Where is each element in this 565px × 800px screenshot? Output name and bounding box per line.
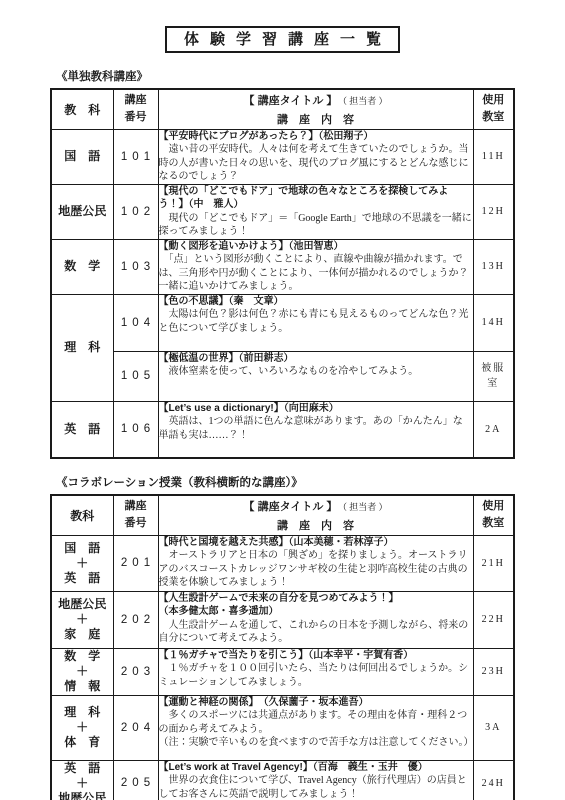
course-number-cell: 104 [113, 294, 158, 351]
course-content-cell: 【運動と神経の関係】 （久保薗子・坂本進吾） 多くのスポーツには共通点があります… [158, 695, 473, 760]
course-content-cell: 【現代の「どこでもドア」で地球の色々なところを探検してみよう！】（中 雅人） 現… [158, 184, 473, 239]
subject-cell: 国 語 ＋ 英 語 [51, 535, 113, 591]
course-description: 人生設計ゲームを通して、これからの日本を予測しながら、将来の自分について考えてみ… [159, 619, 473, 646]
header-presenter-label: （ 担当者 ） [342, 96, 387, 106]
header-course-number: 講座 番号 [113, 495, 158, 535]
course-number-cell: 201 [113, 535, 158, 591]
course-description: 現代の「どこでもドア」＝「Google Earth」で地球の不思議を一緒に探って… [159, 212, 473, 239]
header-course-title: 【 講座タイトル 】（ 担当者 ） 講 座 内 容 [158, 89, 473, 129]
table-row: 地歴公民 ＋ 家 庭 202 【人生設計ゲームで未来の自分を見つめてみよう！】 … [51, 591, 514, 648]
course-title: 【時代と国境を越えた共感】（山本美穂・若林淳子） [159, 536, 473, 550]
header-room: 使用 教室 [473, 89, 514, 129]
table-row: 理 科 104 【色の不思議】（秦 文章） 太陽は何色？影は何色？赤にも青にも見… [51, 294, 514, 351]
course-number-cell: 103 [113, 239, 158, 294]
course-title: 【現代の「どこでもドア」で地球の色々なところを探検してみよう！】（中 雅人） [159, 185, 473, 212]
table-header-row: 教科 講座 番号 【 講座タイトル 】（ 担当者 ） 講 座 内 容 使用 教室 [51, 495, 514, 535]
header-title-label: 【 講座タイトル 】 [244, 95, 338, 107]
header-room: 使用 教室 [473, 495, 514, 535]
subject-cell: 英 語 [51, 401, 113, 458]
course-title: 【１％ガチャで当たりを引こう】（山本幸平・宇賀有香） [159, 649, 473, 663]
course-number-cell: 101 [113, 129, 158, 184]
room-cell: 23H [473, 648, 514, 695]
header-title-line: 【 講座タイトル 】（ 担当者 ） [159, 497, 473, 515]
table-row: 数 学 ＋ 情 報 203 【１％ガチャで当たりを引こう】（山本幸平・宇賀有香）… [51, 648, 514, 695]
section-heading-collaboration: 《コラボレーション授業（教科横断的な講座）》 [56, 474, 565, 490]
course-content-cell: 【人生設計ゲームで未来の自分を見つめてみよう！】 （本多健太郎・喜多遥加） 人生… [158, 591, 473, 648]
course-content-cell: 【１％ガチャで当たりを引こう】（山本幸平・宇賀有香） １％ガチャを１００回引いた… [158, 648, 473, 695]
header-subject: 教 科 [51, 89, 113, 129]
table-row: 理 科 ＋ 体 育 204 【運動と神経の関係】 （久保薗子・坂本進吾） 多くの… [51, 695, 514, 760]
course-title: 【Let’s work at Travel Agency!】（百海 義生・玉井 … [159, 761, 473, 775]
course-description: 遠い昔の平安時代。人々は何を考えて生きていたのでしょうか。当時の人が書いた日々の… [159, 143, 473, 184]
header-title-line: 【 講座タイトル 】（ 担当者 ） [159, 91, 473, 109]
subject-cell: 理 科 ＋ 体 育 [51, 695, 113, 760]
room-cell: 12H [473, 184, 514, 239]
table-row: 国 語 101 【平安時代にブログがあったら？】（松田翔子） 遠い昔の平安時代。… [51, 129, 514, 184]
course-description: 英語は、1つの単語に色んな意味があります。あの「かんたん」な単語も実は……？！ [159, 415, 473, 442]
course-number-cell: 106 [113, 401, 158, 458]
single-subject-course-table: 教 科 講座 番号 【 講座タイトル 】（ 担当者 ） 講 座 内 容 使用 教… [50, 88, 515, 459]
table-row: 105 【極低温の世界】（前田耕志） 液体窒素を使って、いろいろなものを冷やして… [51, 351, 514, 401]
title-area: 体験学習講座一覧 [0, 0, 565, 53]
course-title: 【平安時代にブログがあったら？】（松田翔子） [159, 130, 473, 144]
course-number-cell: 102 [113, 184, 158, 239]
table-header-row: 教 科 講座 番号 【 講座タイトル 】（ 担当者 ） 講 座 内 容 使用 教… [51, 89, 514, 129]
room-cell: 21H [473, 535, 514, 591]
subject-cell: 地歴公民 ＋ 家 庭 [51, 591, 113, 648]
table-row: 数 学 103 【動く図形を追いかけよう】（池田智恵） 「点」という図形が動くこ… [51, 239, 514, 294]
table-row: 英 語 106 【Let’s use a dictionary!】（向田麻未） … [51, 401, 514, 458]
table-row: 国 語 ＋ 英 語 201 【時代と国境を越えた共感】（山本美穂・若林淳子） オ… [51, 535, 514, 591]
course-content-cell: 【動く図形を追いかけよう】（池田智恵） 「点」という図形が動くことにより、直線や… [158, 239, 473, 294]
room-cell: 3A [473, 695, 514, 760]
header-subject: 教科 [51, 495, 113, 535]
course-content-cell: 【色の不思議】（秦 文章） 太陽は何色？影は何色？赤にも青にも見えるものってどん… [158, 294, 473, 351]
subject-cell: 理 科 [51, 294, 113, 401]
course-description: 「点」という図形が動くことにより、直線や曲線が描かれます。では、三角形や円が動く… [159, 253, 473, 294]
collaboration-course-table: 教科 講座 番号 【 講座タイトル 】（ 担当者 ） 講 座 内 容 使用 教室… [50, 494, 515, 800]
course-title: 【色の不思議】（秦 文章） [159, 295, 473, 309]
course-number-cell: 203 [113, 648, 158, 695]
room-cell: 14H [473, 294, 514, 351]
course-number-cell: 105 [113, 351, 158, 401]
course-content-cell: 【Let’s use a dictionary!】（向田麻未） 英語は、1つの単… [158, 401, 473, 458]
header-presenter-label: （ 担当者 ） [342, 502, 387, 512]
course-content-cell: 【平安時代にブログがあったら？】（松田翔子） 遠い昔の平安時代。人々は何を考えて… [158, 129, 473, 184]
course-number-cell: 205 [113, 760, 158, 800]
table-row: 英 語 ＋ 地歴公民 205 【Let’s work at Travel Age… [51, 760, 514, 800]
header-course-number: 講座 番号 [113, 89, 158, 129]
course-content-cell: 【Let’s work at Travel Agency!】（百海 義生・玉井 … [158, 760, 473, 800]
room-cell: 11H [473, 129, 514, 184]
course-description: オーストラリアと日本の「興ざめ」を探りましょう。オーストラリアのバスコーストカレ… [159, 549, 473, 590]
header-course-title: 【 講座タイトル 】（ 担当者 ） 講 座 内 容 [158, 495, 473, 535]
section-heading-single-subject: 《単独教科講座》 [56, 68, 565, 84]
course-description: 太陽は何色？影は何色？赤にも青にも見えるものってどんな色？光と色について学びまし… [159, 308, 473, 335]
course-description: 世界の衣食住について学び、Travel Agency（旅行代理店）の店員としてお… [159, 774, 473, 800]
course-content-cell: 【時代と国境を越えた共感】（山本美穂・若林淳子） オーストラリアと日本の「興ざめ… [158, 535, 473, 591]
room-cell: 22H [473, 591, 514, 648]
course-title: 【Let’s use a dictionary!】（向田麻未） [159, 402, 473, 416]
course-title: 【運動と神経の関係】 （久保薗子・坂本進吾） [159, 696, 473, 710]
room-cell: 24H [473, 760, 514, 800]
header-content-label: 講 座 内 容 [159, 111, 473, 127]
room-cell: 2A [473, 401, 514, 458]
course-description: 液体窒素を使って、いろいろなものを冷やしてみよう。 [159, 365, 473, 379]
room-cell: 被服 室 [473, 351, 514, 401]
course-number-cell: 204 [113, 695, 158, 760]
document-title: 体験学習講座一覧 [165, 26, 400, 53]
course-number-cell: 202 [113, 591, 158, 648]
table-row: 地歴公民 102 【現代の「どこでもドア」で地球の色々なところを探検してみよう！… [51, 184, 514, 239]
subject-cell: 地歴公民 [51, 184, 113, 239]
subject-cell: 数 学 ＋ 情 報 [51, 648, 113, 695]
course-title: 【極低温の世界】（前田耕志） [159, 352, 473, 366]
document-page: 体験学習講座一覧 《単独教科講座》 教 科 講座 番号 【 講座タイトル 】（ … [0, 0, 565, 800]
subject-cell: 国 語 [51, 129, 113, 184]
header-title-label: 【 講座タイトル 】 [244, 501, 338, 513]
subject-cell: 英 語 ＋ 地歴公民 [51, 760, 113, 800]
course-title: 【人生設計ゲームで未来の自分を見つめてみよう！】 （本多健太郎・喜多遥加） [159, 592, 473, 619]
subject-cell: 数 学 [51, 239, 113, 294]
course-description: １％ガチャを１００回引いたら、当たりは何回出るでしょうか。シミュレーションしてみ… [159, 662, 473, 689]
course-title: 【動く図形を追いかけよう】（池田智恵） [159, 240, 473, 254]
header-content-label: 講 座 内 容 [159, 517, 473, 533]
course-content-cell: 【極低温の世界】（前田耕志） 液体窒素を使って、いろいろなものを冷やしてみよう。 [158, 351, 473, 401]
room-cell: 13H [473, 239, 514, 294]
course-description: 多くのスポーツには共通点があります。その理由を体育・理科２つの面から考えてみよう… [159, 709, 473, 750]
